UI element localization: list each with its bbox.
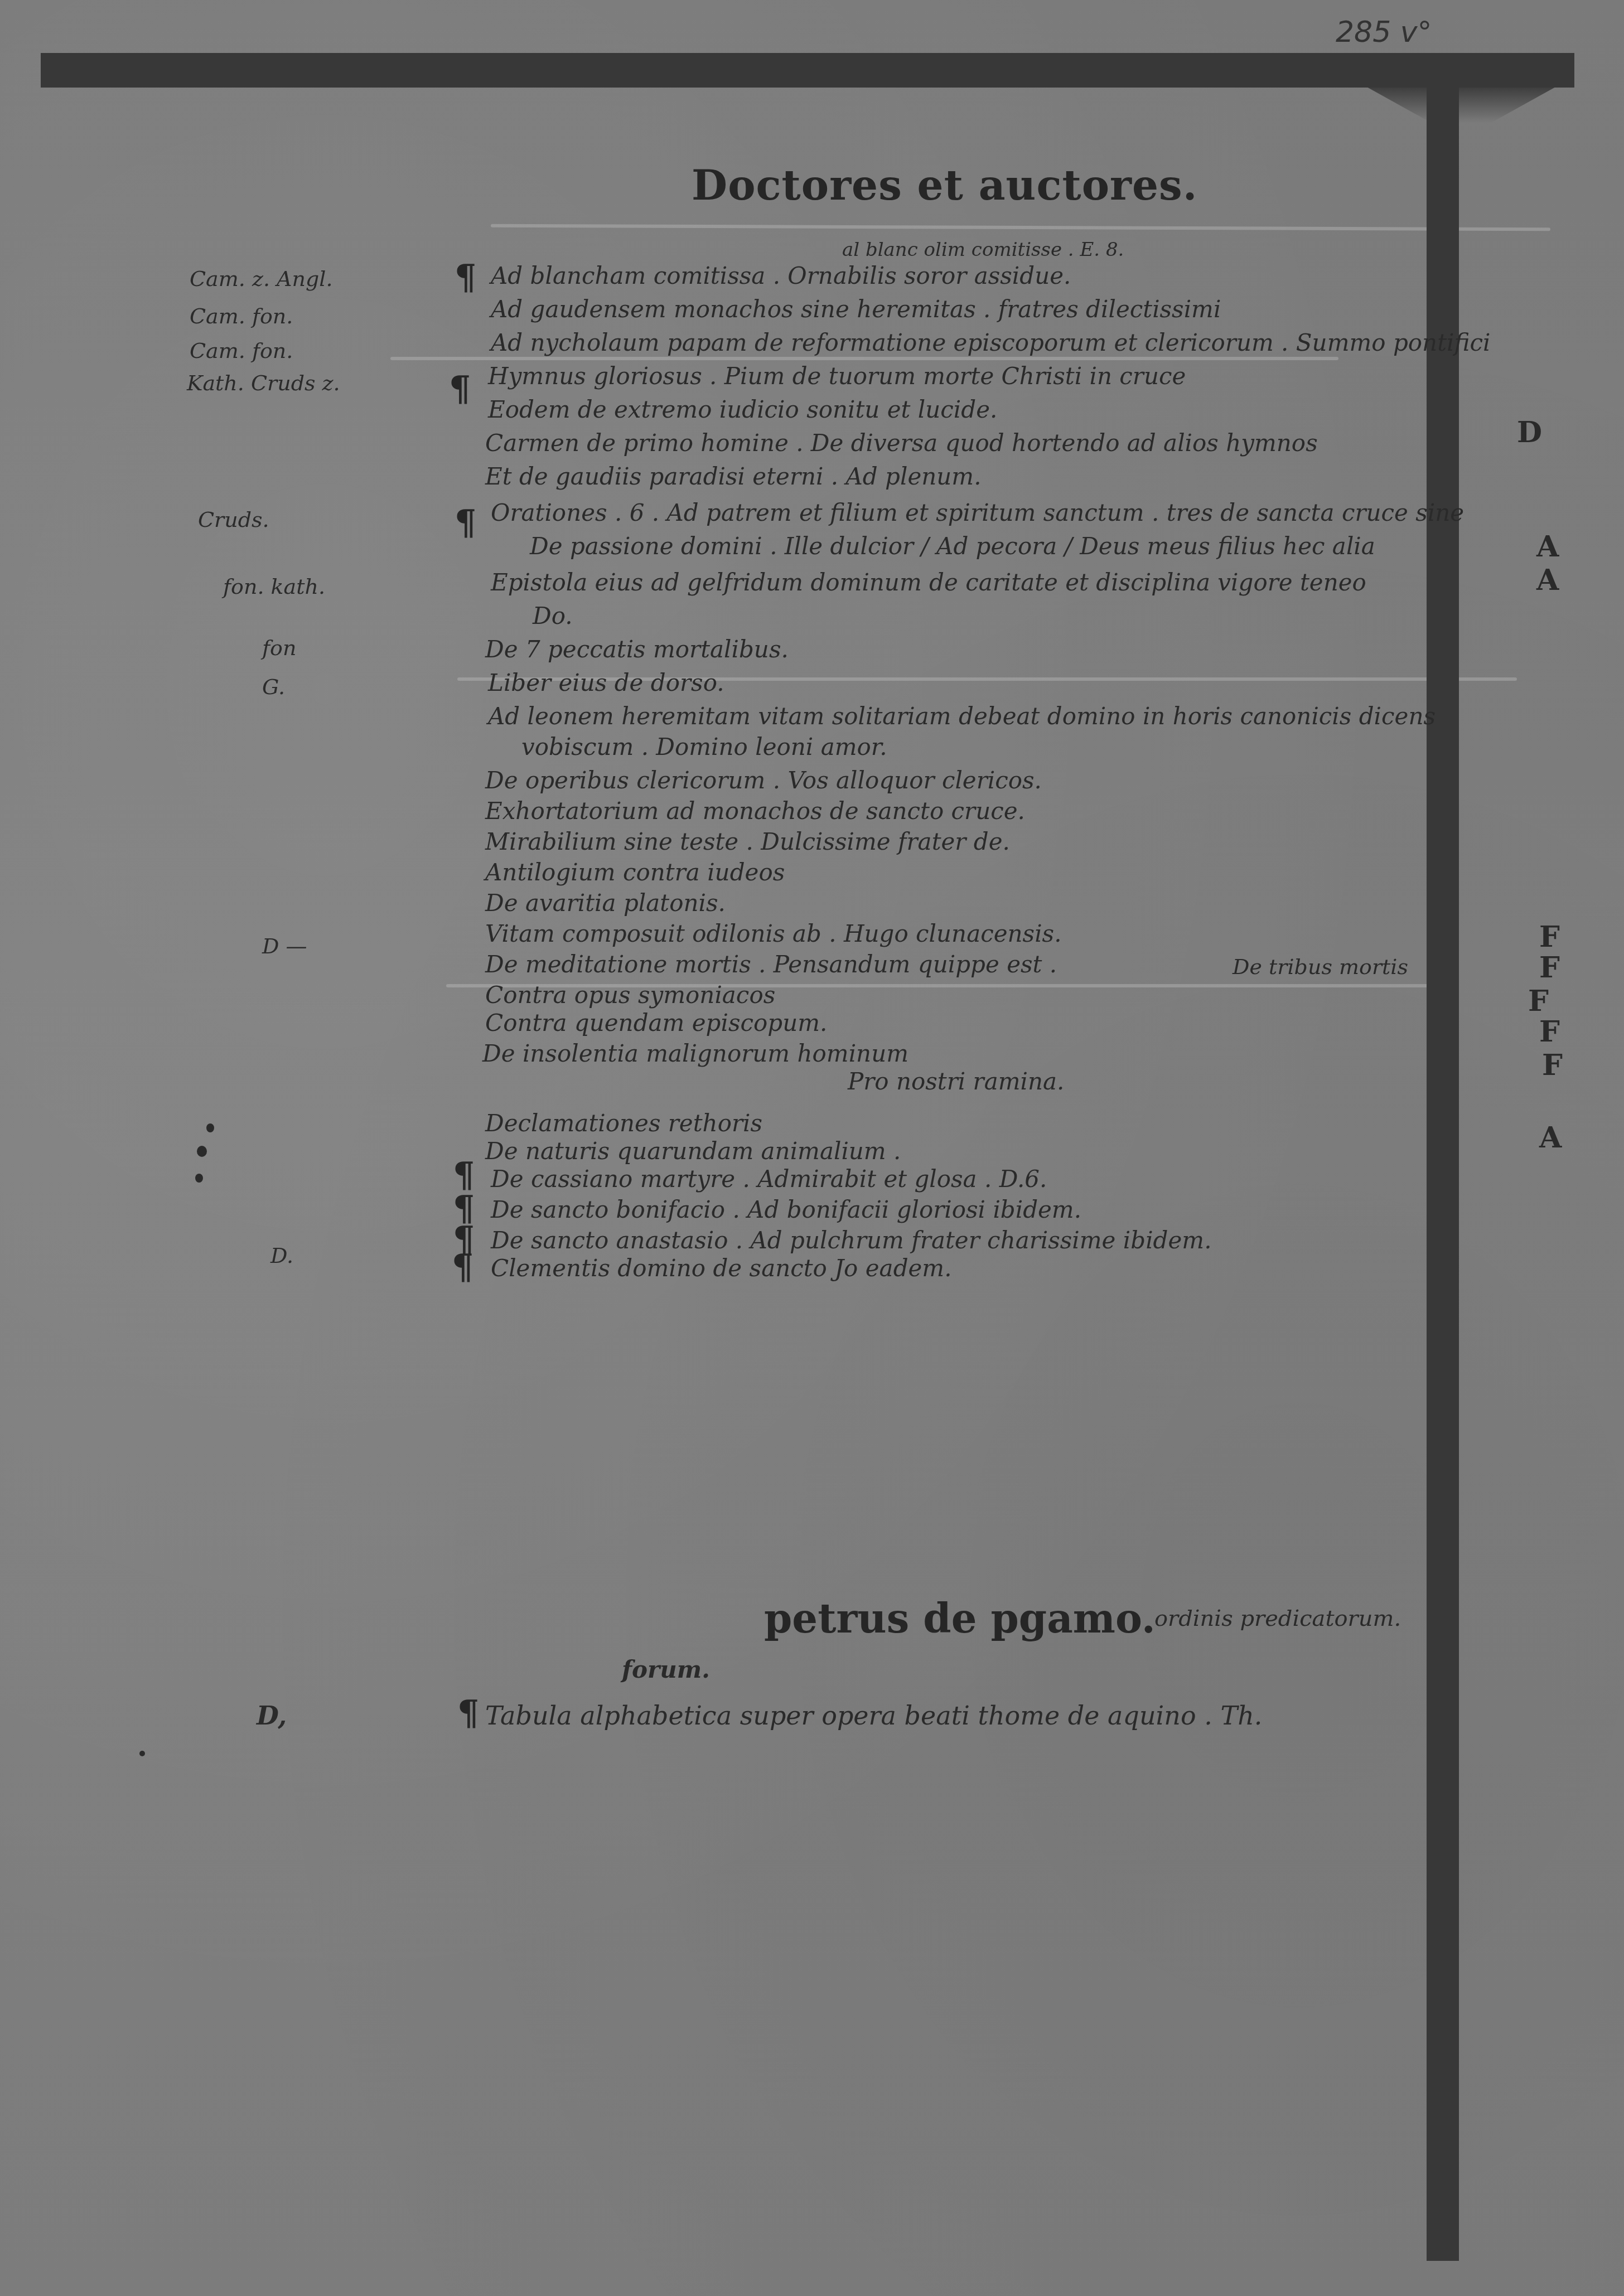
paragraph-mark-icon: ¶: [455, 502, 476, 542]
entry-line: Ad leonem heremitam vitam solitariam deb…: [488, 703, 1435, 730]
entry-line: De passione domini . Ille dulcior / Ad p…: [530, 532, 1375, 560]
section-author-tail: ordinis predicatorum.: [1154, 1606, 1401, 1631]
section-entry-line: Tabula alphabetica super opera beati tho…: [485, 1701, 1262, 1731]
entry-line: Et de gaudiis paradisi eterni . Ad plenu…: [485, 463, 982, 490]
margin-note: D —: [262, 934, 307, 958]
entry-line: De meditatione mortis . Pensandum quippe…: [485, 951, 1057, 978]
entry-line: Orationes . 6 . Ad patrem et filium et s…: [491, 499, 1464, 526]
fold-line: [491, 224, 1550, 231]
margin-dot: [197, 1146, 207, 1157]
margin-note: D,: [257, 1701, 287, 1731]
entry-line: Liber eius de dorso.: [488, 669, 724, 696]
page-title: Doctores et auctores.: [692, 162, 1197, 210]
right-margin-mark: F: [1539, 1015, 1560, 1049]
right-margin-mark: F: [1539, 951, 1560, 985]
entry-line: Contra opus symoniacos: [485, 981, 775, 1009]
right-margin-mark: F: [1528, 984, 1549, 1018]
margin-note: D.: [270, 1243, 293, 1268]
margin-note: Cam. fon.: [190, 304, 293, 328]
entry-line: De 7 peccatis mortalibus.: [485, 636, 789, 663]
section-author-continuation: forum.: [622, 1656, 710, 1683]
margin-note: fon. kath.: [223, 574, 325, 599]
margin-note: fon: [262, 636, 296, 660]
entry-line: De sancto bonifacio . Ad bonifacii glori…: [491, 1196, 1081, 1223]
margin-note: Cam. fon.: [190, 338, 293, 363]
entry-line: De operibus clericorum . Vos alloquor cl…: [485, 767, 1042, 794]
entry-line: Eodem de extremo iudicio sonitu et lucid…: [488, 396, 997, 423]
margin-note: Cam. z. Angl.: [190, 267, 333, 291]
entry-line: Pro nostri ramina.: [848, 1068, 1064, 1095]
fold-line: [390, 357, 1338, 360]
entry-line: Declamationes rethoris: [485, 1110, 762, 1137]
margin-dot: [139, 1751, 145, 1756]
right-margin-mark: A: [1539, 1121, 1562, 1155]
ruling-bar-vertical: [1427, 84, 1459, 2261]
paragraph-mark-icon: ¶: [455, 256, 476, 297]
margin-note: Kath. Cruds z.: [187, 371, 340, 395]
entry-line: De insolentia malignorum hominum: [482, 1040, 908, 1067]
interlinear-note: al blanc olim comitisse . E. 8.: [842, 239, 1124, 261]
section-author-heading: petrus de pgamo.: [764, 1595, 1156, 1642]
entry-line: Mirabilium sine teste . Dulcissime frate…: [485, 828, 1010, 855]
right-margin-mark: F: [1539, 920, 1560, 954]
entry-line: Clementis domino de sancto Jo eadem.: [491, 1254, 952, 1282]
entry-line: De naturis quarundam animalium .: [485, 1137, 901, 1165]
right-margin-mark: A: [1536, 563, 1559, 597]
entry-line: Antilogium contra iudeos: [485, 859, 785, 886]
entry-line: Contra quendam episcopum.: [485, 1009, 827, 1036]
margin-dot: [206, 1123, 214, 1132]
entry-line: De sancto anastasio . Ad pulchrum frater…: [491, 1227, 1211, 1254]
right-margin-mark: D: [1517, 415, 1542, 449]
folio-number: 285 v°: [1336, 16, 1432, 49]
entry-line: De cassiano martyre . Admirabit et glosa…: [491, 1165, 1047, 1193]
paragraph-mark-icon: ¶: [457, 1692, 479, 1733]
right-margin-mark: A: [1536, 530, 1559, 564]
margin-note: Cruds.: [198, 507, 269, 532]
entry-line: vobiscum . Domino leoni amor.: [521, 733, 887, 761]
entry-line: Do.: [533, 602, 573, 629]
paragraph-mark-icon: ¶: [449, 368, 471, 409]
margin-note: G.: [262, 675, 285, 699]
entry-line: Carmen de primo homine . De diversa quod…: [485, 429, 1318, 457]
entry-line: Ad blancham comitissa . Ornabilis soror …: [491, 262, 1071, 289]
entry-line: Epistola eius ad gelfridum dominum de ca…: [491, 569, 1366, 596]
ruling-bar-joint: [1361, 84, 1562, 123]
right-margin-mark: F: [1542, 1048, 1563, 1082]
manuscript-page: 285 v° Doctores et auctores. al blanc ol…: [0, 0, 1624, 2296]
entry-line: Ad nycholaum papam de reformatione episc…: [491, 329, 1490, 356]
entry-line: Hymnus gloriosus . Pium de tuorum morte …: [488, 362, 1186, 390]
paragraph-mark-icon: ¶: [452, 1246, 473, 1287]
margin-dot: [195, 1174, 203, 1183]
ruling-bar-horizontal: [41, 53, 1574, 88]
entry-line: Vitam composuit odilonis ab . Hugo cluna…: [485, 920, 1062, 947]
entry-right-note: De tribus mortis: [1232, 955, 1408, 979]
entry-line: De avaritia platonis.: [485, 889, 726, 917]
entry-line: Exhortatorium ad monachos de sancto cruc…: [485, 797, 1025, 825]
entry-line: Ad gaudensem monachos sine heremitas . f…: [491, 296, 1221, 323]
